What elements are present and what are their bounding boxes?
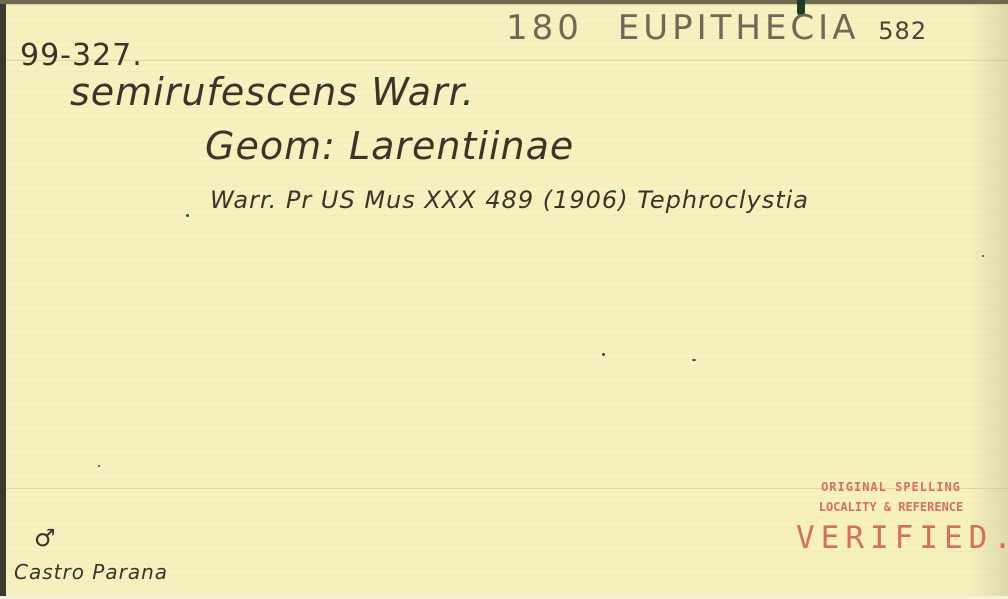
- ruled-line: [6, 60, 1008, 61]
- ink-speck: [98, 465, 100, 467]
- species-name: semirufescens Warr.: [70, 70, 475, 114]
- catalog-number: 99-327.: [20, 38, 143, 73]
- genus-name: EUPITHECIA: [618, 8, 860, 48]
- stamp-line-2: LOCALITY & REFERENCE: [796, 496, 986, 518]
- ink-speck: [982, 255, 984, 257]
- ink-speck: [692, 359, 696, 361]
- ink-speck: [602, 353, 605, 356]
- reference: Warr. Pr US Mus XXX 489 (1906) Tephrocly…: [210, 186, 809, 214]
- verification-stamp: ORIGINAL SPELLING LOCALITY & REFERENCE V…: [796, 478, 986, 558]
- locality: Castro Parana: [14, 560, 168, 584]
- classification: Geom: Larentiinae: [205, 124, 574, 168]
- stamp-line-3: VERIFIED.: [796, 518, 986, 558]
- page-number-left: 180: [506, 8, 583, 48]
- sex-symbol: ♂: [34, 524, 57, 552]
- stamp-line-1: ORIGINAL SPELLING: [796, 478, 986, 496]
- ink-speck: [186, 214, 189, 217]
- genus-header: 180 EUPITHECIA 582: [506, 8, 927, 48]
- page-number-right: 582: [878, 17, 927, 45]
